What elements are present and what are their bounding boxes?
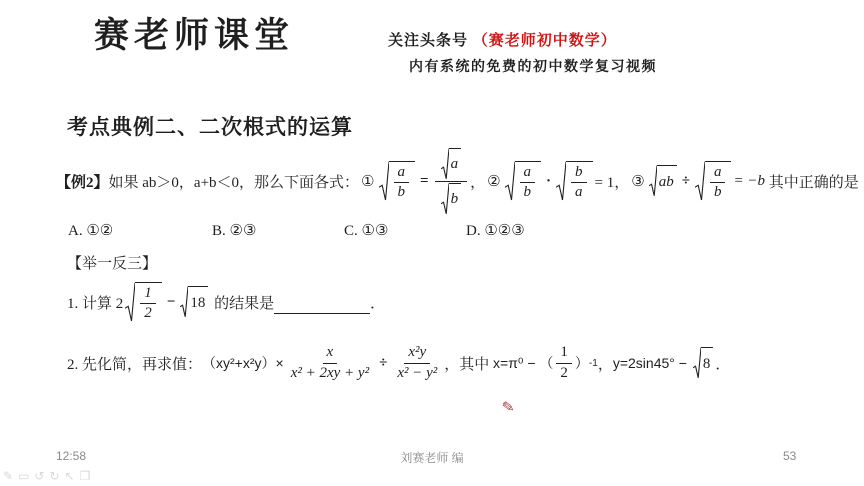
option-d: D. ①②③ — [466, 221, 525, 240]
sqrt-b: b — [441, 183, 462, 215]
slide-panel-icon[interactable]: ❐ — [80, 469, 91, 483]
radical-icon — [379, 161, 389, 202]
answer-blank — [274, 297, 370, 314]
radical-icon — [556, 161, 566, 202]
p2-comma: ， — [598, 353, 613, 374]
option-a: A. ①② — [68, 221, 113, 240]
slide-number: 53 — [783, 449, 796, 463]
follow-prefix: 关注头条号 — [388, 33, 473, 49]
equals-one: = 1， — [595, 171, 630, 192]
sqrt-18: 18 — [180, 286, 208, 318]
radical-icon — [441, 183, 449, 215]
radical-icon — [695, 161, 705, 202]
slide-author: 刘赛老师 编 — [0, 449, 864, 466]
radical-icon — [649, 165, 657, 197]
item3-mark: ③ — [631, 172, 644, 190]
sqrt-8: 8 — [693, 347, 714, 379]
p2-x-value: x=π⁰ − — [493, 355, 539, 372]
example-label: 【例2】 — [56, 171, 109, 192]
practice-problem-2: 2. 先化简，再求值： （xy²+x²y）× xx² + 2xy + y² ÷ … — [67, 334, 730, 392]
question-tail: 其中正确的是（ ） — [765, 171, 864, 192]
fraction-x2y-over-diff: x²yx² − y² — [393, 344, 441, 382]
option-c: C. ①③ — [344, 221, 388, 240]
exponent-neg1: -1 — [589, 358, 598, 369]
p2-prefix: 2. 先化简，再求值： — [67, 353, 202, 374]
equals-negb: = −b — [733, 173, 765, 190]
dot-operator: · — [546, 173, 551, 190]
follow-highlight: （赛老师初中数学） — [473, 33, 617, 49]
example-intro: 如果 ab＞0，a+b＜0，那么下面各式： — [109, 171, 360, 192]
p1-period: ． — [370, 292, 385, 313]
slideshow-window: { "colors": { "accent_red": "#ce1212", "… — [0, 0, 864, 486]
follow-line2: 内有系统的免费的初中数学复习视频 — [409, 56, 657, 76]
left-paren: （ — [539, 353, 553, 373]
sqrt-a-over-b: ab — [505, 161, 542, 202]
fraction-1-2: 12 — [140, 285, 156, 323]
divide-sign: ÷ — [682, 173, 690, 190]
radical-icon — [441, 148, 449, 180]
pen-cursor-mark: ✎ — [501, 397, 516, 418]
highlighter-icon[interactable]: ▭ — [18, 469, 29, 483]
equals-sign: = — [420, 173, 429, 190]
radical-icon — [125, 282, 135, 323]
sqrt-ab: ab — [649, 165, 677, 197]
option-b: B. ②③ — [212, 221, 256, 240]
course-title: 赛老师课堂 — [94, 8, 294, 58]
item1-mark: ① — [361, 172, 374, 190]
fraction-a-b: ab — [710, 164, 726, 202]
follow-line1: 关注头条号 （赛老师初中数学） — [388, 29, 617, 50]
p2-expression: （xy²+x²y）× — [202, 353, 284, 373]
slideshow-toolbar: ✎ ▭ ↺ ↻ ↖ ❐ — [3, 469, 90, 483]
sqrt-one-half: 12 — [125, 282, 162, 323]
section-heading: 考点典例二、二次根式的运算 — [67, 111, 353, 141]
divide-sign: ÷ — [379, 355, 387, 372]
item2-mark: ② — [487, 172, 500, 190]
minus-sign: − — [167, 294, 176, 311]
practice-header: 【举一反三】 — [67, 252, 157, 273]
fraction-sqrta-sqrtb: a b — [435, 148, 468, 215]
pointer-icon[interactable]: ↖ — [65, 469, 75, 483]
radical-icon — [180, 286, 188, 318]
pen-icon[interactable]: ✎ — [3, 469, 13, 483]
p1-suffix: 的结果是 — [210, 292, 274, 313]
fraction-b-a: ba — [571, 164, 587, 202]
fraction-a-b: ab — [394, 164, 410, 202]
sqrt-a-over-b: ab — [379, 161, 416, 202]
separator-comma: ， — [470, 171, 485, 192]
p1-prefix: 1. 计算 2 — [67, 292, 123, 313]
sqrt-b-over-a: ba — [556, 161, 593, 202]
p2-mid: ，其中 — [444, 353, 493, 374]
p2-y-value: y=2sin45° − — [613, 355, 691, 371]
radical-icon — [693, 347, 701, 379]
fraction-x-over-poly: xx² + 2xy + y² — [287, 344, 373, 382]
previous-icon[interactable]: ↺ — [34, 469, 44, 483]
next-icon[interactable]: ↻ — [49, 469, 59, 483]
example-line: 【例2】 如果 ab＞0，a+b＜0，那么下面各式： ① ab = a b ， … — [56, 150, 864, 212]
sqrt-a: a — [441, 148, 462, 180]
right-paren: ） — [575, 353, 589, 373]
p2-period: ． — [715, 353, 730, 374]
practice-problem-1: 1. 计算 2 12 − 18 的结果是 ． — [67, 280, 385, 324]
fraction-1-2: 12 — [556, 344, 572, 382]
radical-icon — [505, 161, 515, 202]
fraction-a-b: ab — [520, 164, 536, 202]
sqrt-a-over-b: ab — [695, 161, 732, 202]
